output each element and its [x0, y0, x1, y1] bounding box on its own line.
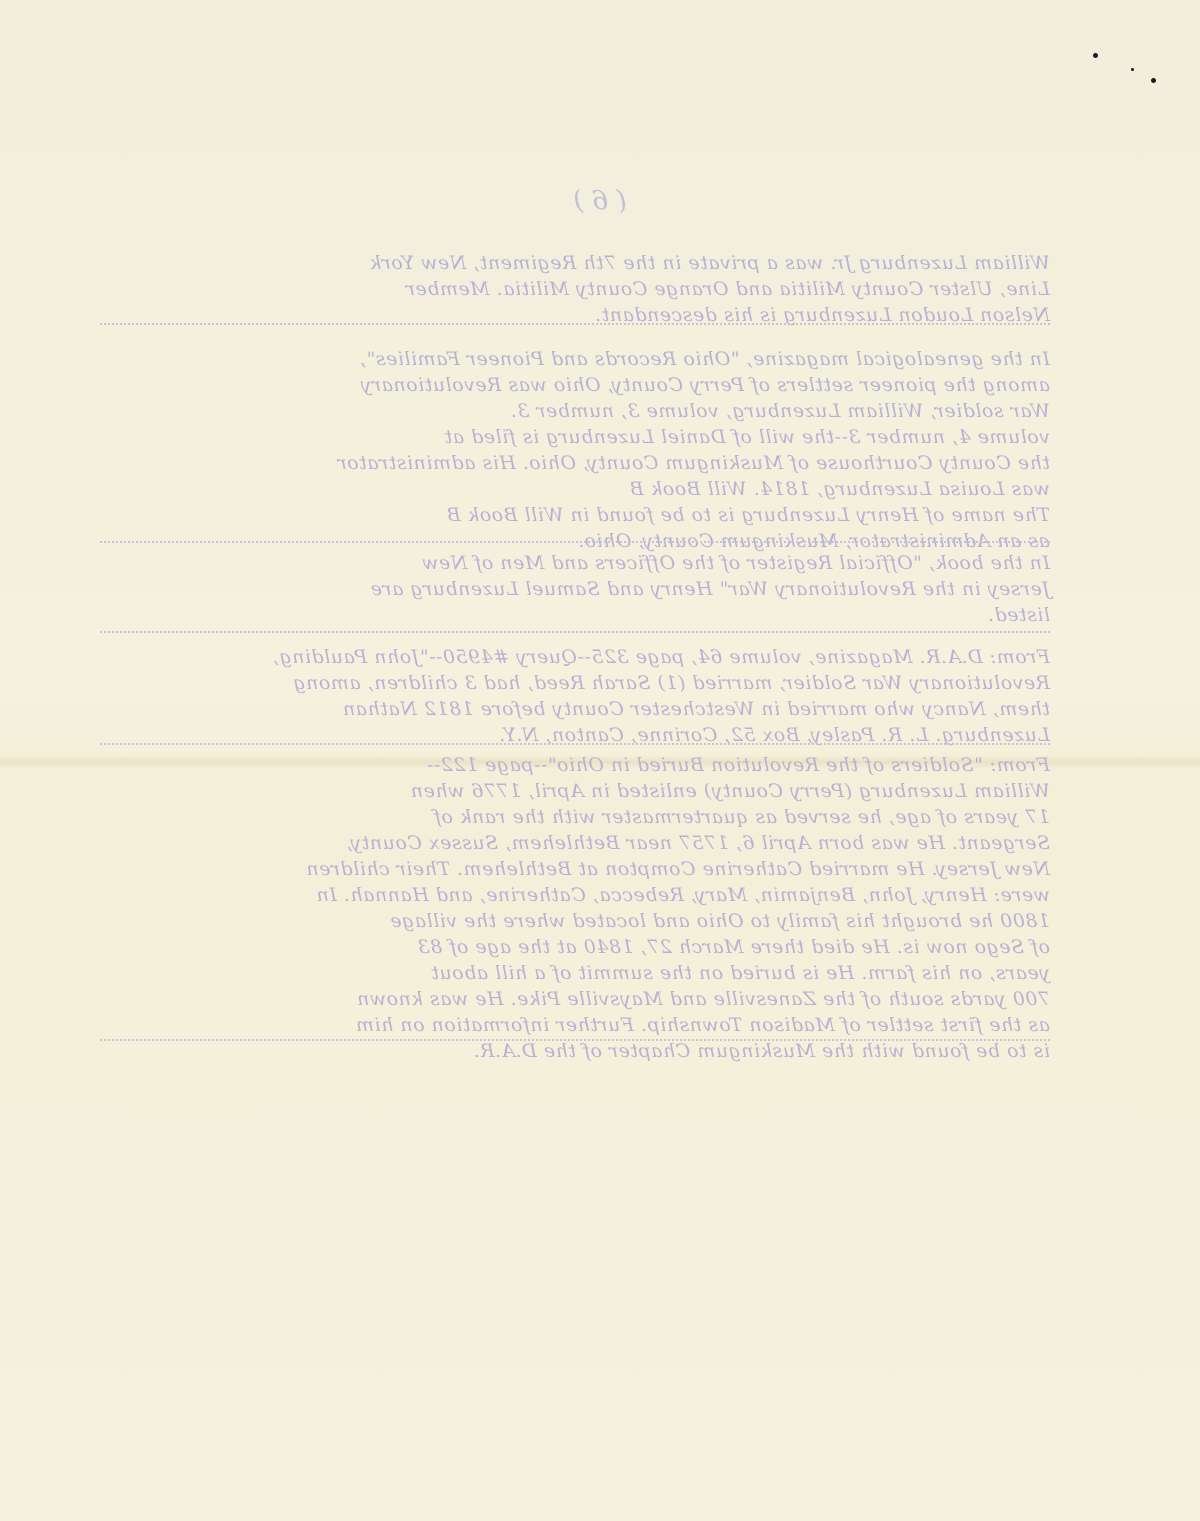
text-line: 700 yards south of the Zanesville and Ma… — [150, 986, 1050, 1012]
section-divider — [100, 541, 1050, 543]
staple-hole — [1151, 78, 1156, 83]
text-line: Revolutionary War Soldier, married (1) S… — [150, 670, 1050, 696]
section-divider — [100, 631, 1050, 633]
text-line: 17 years of age, he served as quartermas… — [150, 804, 1050, 830]
text-line: 1800 he brought his family to Ohio and l… — [150, 908, 1050, 934]
text-line: years, on his farm. He is buried on the … — [150, 960, 1050, 986]
text-line: among the pioneer settlers of Perry Coun… — [150, 372, 1050, 398]
text-line: the County Courthouse of Muskingum Count… — [150, 450, 1050, 476]
text-line: William Luzenburg Jr. was a private in t… — [150, 250, 1050, 276]
text-line: as the first settler of Madison Township… — [150, 1012, 1050, 1038]
paragraph: In the genealogical magazine, "Ohio Reco… — [150, 346, 1050, 554]
text-line: Jersey in the Revolutionary War" Henry a… — [150, 576, 1050, 602]
text-line: them, Nancy who married in Westchester C… — [150, 696, 1050, 722]
text-line: William Luzenburg (Perry County) enliste… — [150, 778, 1050, 804]
section-divider — [100, 323, 1050, 325]
paragraph: From: "Soldiers of the Revolution Buried… — [150, 752, 1050, 1064]
section-divider — [100, 743, 1050, 745]
paragraph: In the book, "Official Register of the O… — [150, 550, 1050, 628]
text-line: In the genealogical magazine, "Ohio Reco… — [150, 346, 1050, 372]
text-line: volume 4, number 3--the will of Daniel L… — [150, 424, 1050, 450]
staple-hole — [1093, 53, 1098, 58]
text-line: of Sego now is. He died there March 27, … — [150, 934, 1050, 960]
text-line: New Jersey. He married Catherine Compton… — [150, 856, 1050, 882]
staple-hole — [1131, 68, 1134, 71]
text-line: From: "Soldiers of the Revolution Buried… — [150, 752, 1050, 778]
text-line: From: D.A.R. Magazine, volume 64, page 3… — [150, 644, 1050, 670]
text-line: War soldier, William Luzenburg, volume 3… — [150, 398, 1050, 424]
text-line: was Louisa Luzenburg, 1814. Will Book B — [150, 476, 1050, 502]
text-line: Line, Ulster County Militia and Orange C… — [150, 276, 1050, 302]
paragraph: William Luzenburg Jr. was a private in t… — [150, 250, 1050, 328]
text-line: listed. — [150, 602, 1050, 628]
section-divider — [100, 1039, 1050, 1041]
page-number: ( 6 ) — [560, 186, 640, 216]
text-line: Sergeant. He was born April 6, 1757 near… — [150, 830, 1050, 856]
text-line: is to be found with the Muskingum Chapte… — [150, 1038, 1050, 1064]
text-line: The name of Henry Luzenburg is to be fou… — [150, 502, 1050, 528]
paragraph: From: D.A.R. Magazine, volume 64, page 3… — [150, 644, 1050, 748]
text-line: were: Henry, John, Benjamin, Mary, Rebec… — [150, 882, 1050, 908]
text-line: In the book, "Official Register of the O… — [150, 550, 1050, 576]
